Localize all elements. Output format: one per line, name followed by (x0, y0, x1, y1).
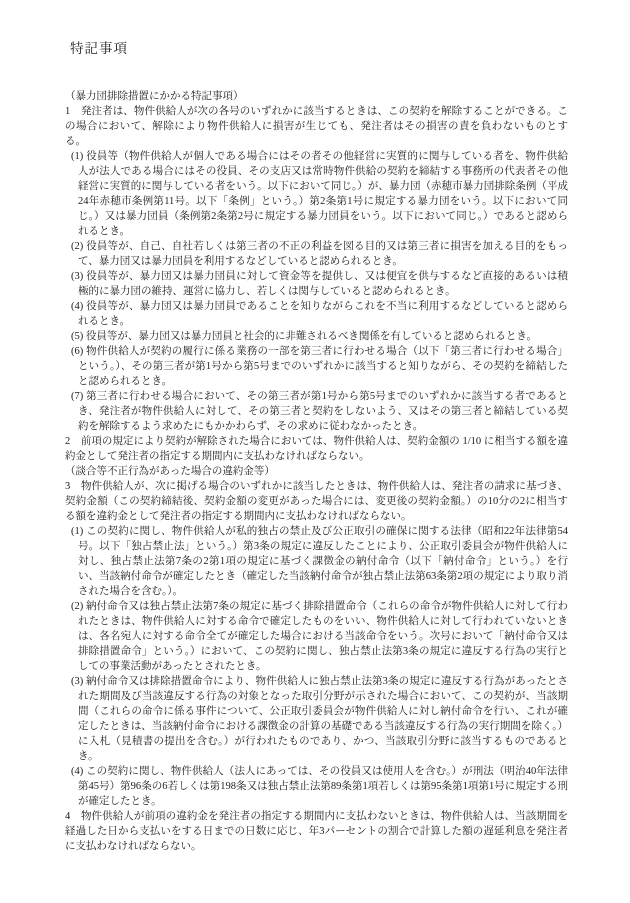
clause-paragraph: 1 発注者は、物件供給人が次の各号のいずれかに該当するときは、この契約を解除する… (65, 104, 568, 149)
clause-text: 役員等が、暴力団又は暴力団員であることを知りながらこれを不当に利用するなどしてい… (78, 301, 568, 327)
section-heading: （暴力団排除措置にかかる特記事項） (65, 89, 568, 104)
clause-number: (1) (71, 151, 86, 162)
section-heading: （談合等不正行為があった場合の違約金等） (65, 464, 568, 479)
clause-number: (1) (71, 526, 86, 537)
document-page: 特記事項 （暴力団排除措置にかかる特記事項）1 発注者は、物件供給人が次の各号の… (0, 0, 630, 903)
clause-text: この契約に関し、物件供給人（法人にあっては、その役員又は使用人を含む。）が刑法（… (78, 766, 568, 807)
clause-text: 物件供給人が契約の履行に係る業務の一部を第三者に行わせる場合（以下「第三者に行わ… (78, 346, 568, 387)
subclause-paragraph: (1) この契約に関し、物件供給人が私的独占の禁止及び公正取引の確保に関する法律… (65, 524, 568, 599)
clause-text: 物件供給人が前項の違約金を発注者の指定する期間内に支払わないときは、物件供給人は… (65, 811, 568, 852)
clause-number: (3) (71, 271, 86, 282)
document-title: 特記事項 (70, 40, 568, 58)
clause-text: 役員等が、暴力団又は暴力団員に対して資金等を提供し、又は便宜を供与するなど直接的… (78, 271, 568, 297)
clause-number: (7) (71, 391, 86, 402)
clause-text: 納付命令又は独占禁止法第7条の規定に基づく排除措置命令（これらの命令が物件供給人… (78, 601, 568, 672)
clause-number: (6) (71, 346, 86, 357)
clause-text: 役員等が、暴力団又は暴力団員と社会的に非難されるべき関係を有していると認められる… (86, 331, 537, 342)
clause-number: (4) (71, 301, 86, 312)
subclause-paragraph: (3) 納付命令又は排除措置命令により、物件供給人に独占禁止法第3条の規定に違反… (65, 674, 568, 764)
clause-paragraph: 4 物件供給人が前項の違約金を発注者の指定する期間内に支払わないときは、物件供給… (65, 809, 568, 854)
subclause-paragraph: (3) 役員等が、暴力団又は暴力団員に対して資金等を提供し、又は便宜を供与するな… (65, 269, 568, 299)
subclause-paragraph: (2) 納付命令又は独占禁止法第7条の規定に基づく排除措置命令（これらの命令が物… (65, 599, 568, 674)
clause-number: (2) (71, 601, 86, 612)
clause-paragraph: 3 物件供給人が、次に掲げる場合のいずれかに該当したときは、物件供給人は、発注者… (65, 479, 568, 524)
clause-text: この契約に関し、物件供給人が私的独占の禁止及び公正取引の確保に関する法律（昭和2… (78, 526, 568, 597)
clause-number: (4) (71, 766, 86, 777)
subclause-paragraph: (1) 役員等（物件供給人が個人である場合にはその者その他経営に実質的に関与して… (65, 149, 568, 239)
clause-number: (5) (71, 331, 86, 342)
clause-text: 役員等（物件供給人が個人である場合にはその者その他経営に実質的に関与している者を… (78, 151, 568, 237)
subclause-paragraph: (4) 役員等が、暴力団又は暴力団員であることを知りながらこれを不当に利用するな… (65, 299, 568, 329)
clause-number: 3 (65, 481, 81, 492)
clause-text: 発注者は、物件供給人が次の各号のいずれかに該当するときは、この契約を解除すること… (65, 106, 568, 147)
clause-number: 1 (65, 106, 81, 117)
clause-paragraph: 2 前項の規定により契約が解除された場合においては、物件供給人は、契約金額の 1… (65, 434, 568, 464)
subclause-paragraph: (7) 第三者に行わせる場合において、その第三者が第1号から第5号までのいずれか… (65, 389, 568, 434)
clause-text: 納付命令又は排除措置命令により、物件供給人に独占禁止法第3条の規定に違反する行為… (78, 676, 568, 762)
clause-text: 役員等が、自己、自社若しくは第三者の不正の利益を図る目的又は第三者に損害を加える… (78, 241, 568, 267)
clause-text: 物件供給人が、次に掲げる場合のいずれかに該当したときは、物件供給人は、発注者の請… (65, 481, 568, 522)
subclause-paragraph: (2) 役員等が、自己、自社若しくは第三者の不正の利益を図る目的又は第三者に損害… (65, 239, 568, 269)
subclause-paragraph: (5) 役員等が、暴力団又は暴力団員と社会的に非難されるべき関係を有していると認… (65, 329, 568, 344)
document-body: （暴力団排除措置にかかる特記事項）1 発注者は、物件供給人が次の各号のいずれかに… (65, 89, 568, 854)
clause-number: 4 (65, 811, 81, 822)
subclause-paragraph: (4) この契約に関し、物件供給人（法人にあっては、その役員又は使用人を含む。）… (65, 764, 568, 809)
clause-text: 第三者に行わせる場合において、その第三者が第1号から第5号までのいずれかに該当す… (78, 391, 568, 432)
clause-text: 前項の規定により契約が解除された場合においては、物件供給人は、契約金額の 1/1… (65, 436, 568, 462)
clause-number: (3) (71, 676, 86, 687)
clause-number: 2 (65, 436, 81, 447)
subclause-paragraph: (6) 物件供給人が契約の履行に係る業務の一部を第三者に行わせる場合（以下「第三… (65, 344, 568, 389)
clause-number: (2) (71, 241, 86, 252)
